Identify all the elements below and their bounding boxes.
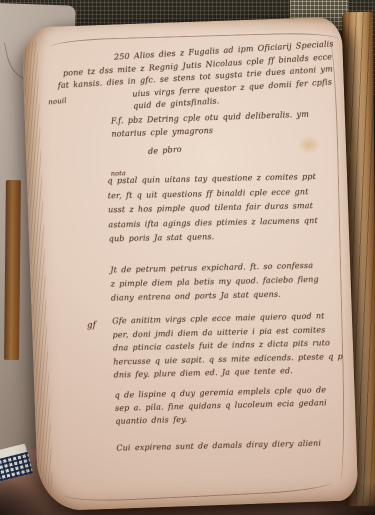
entry-block: F.f. pbz Detring cple otu quid deliberal… [111,108,310,141]
paragraph-1: q pstal quin uitans tay questione z comi… [107,170,318,247]
binding-strip [4,180,21,360]
paragraph-mark: gf [87,318,96,333]
fore-edge-stain [346,140,361,166]
manuscript-photo: 250 Alios dies z Fugalis ad ipm Oficiari… [0,0,375,515]
paragraph-2: Jt de petrum petrus expichard. ft. so co… [110,259,319,306]
script-line: qub poris Ja stat quens. [109,228,319,247]
paragraph-4: q de lispine q duy geremia emplels cple … [114,383,327,428]
closing-line: Cui expirena sunt de damals diray diery … [116,437,321,456]
header-block: 250 Alios dies z Fugalis ad ipm Oficiari… [56,38,337,117]
manuscript-page: 250 Alios dies z Fugalis ad ipm Oficiari… [22,17,359,512]
subheading: de pbro [148,143,183,160]
left-margin-note: nouil [48,94,68,110]
handwritten-text: 250 Alios dies z Fugalis ad ipm Oficiari… [22,17,359,512]
paragraph-3: Gfe anititm virgs cple ecce maie quiero … [112,309,343,382]
